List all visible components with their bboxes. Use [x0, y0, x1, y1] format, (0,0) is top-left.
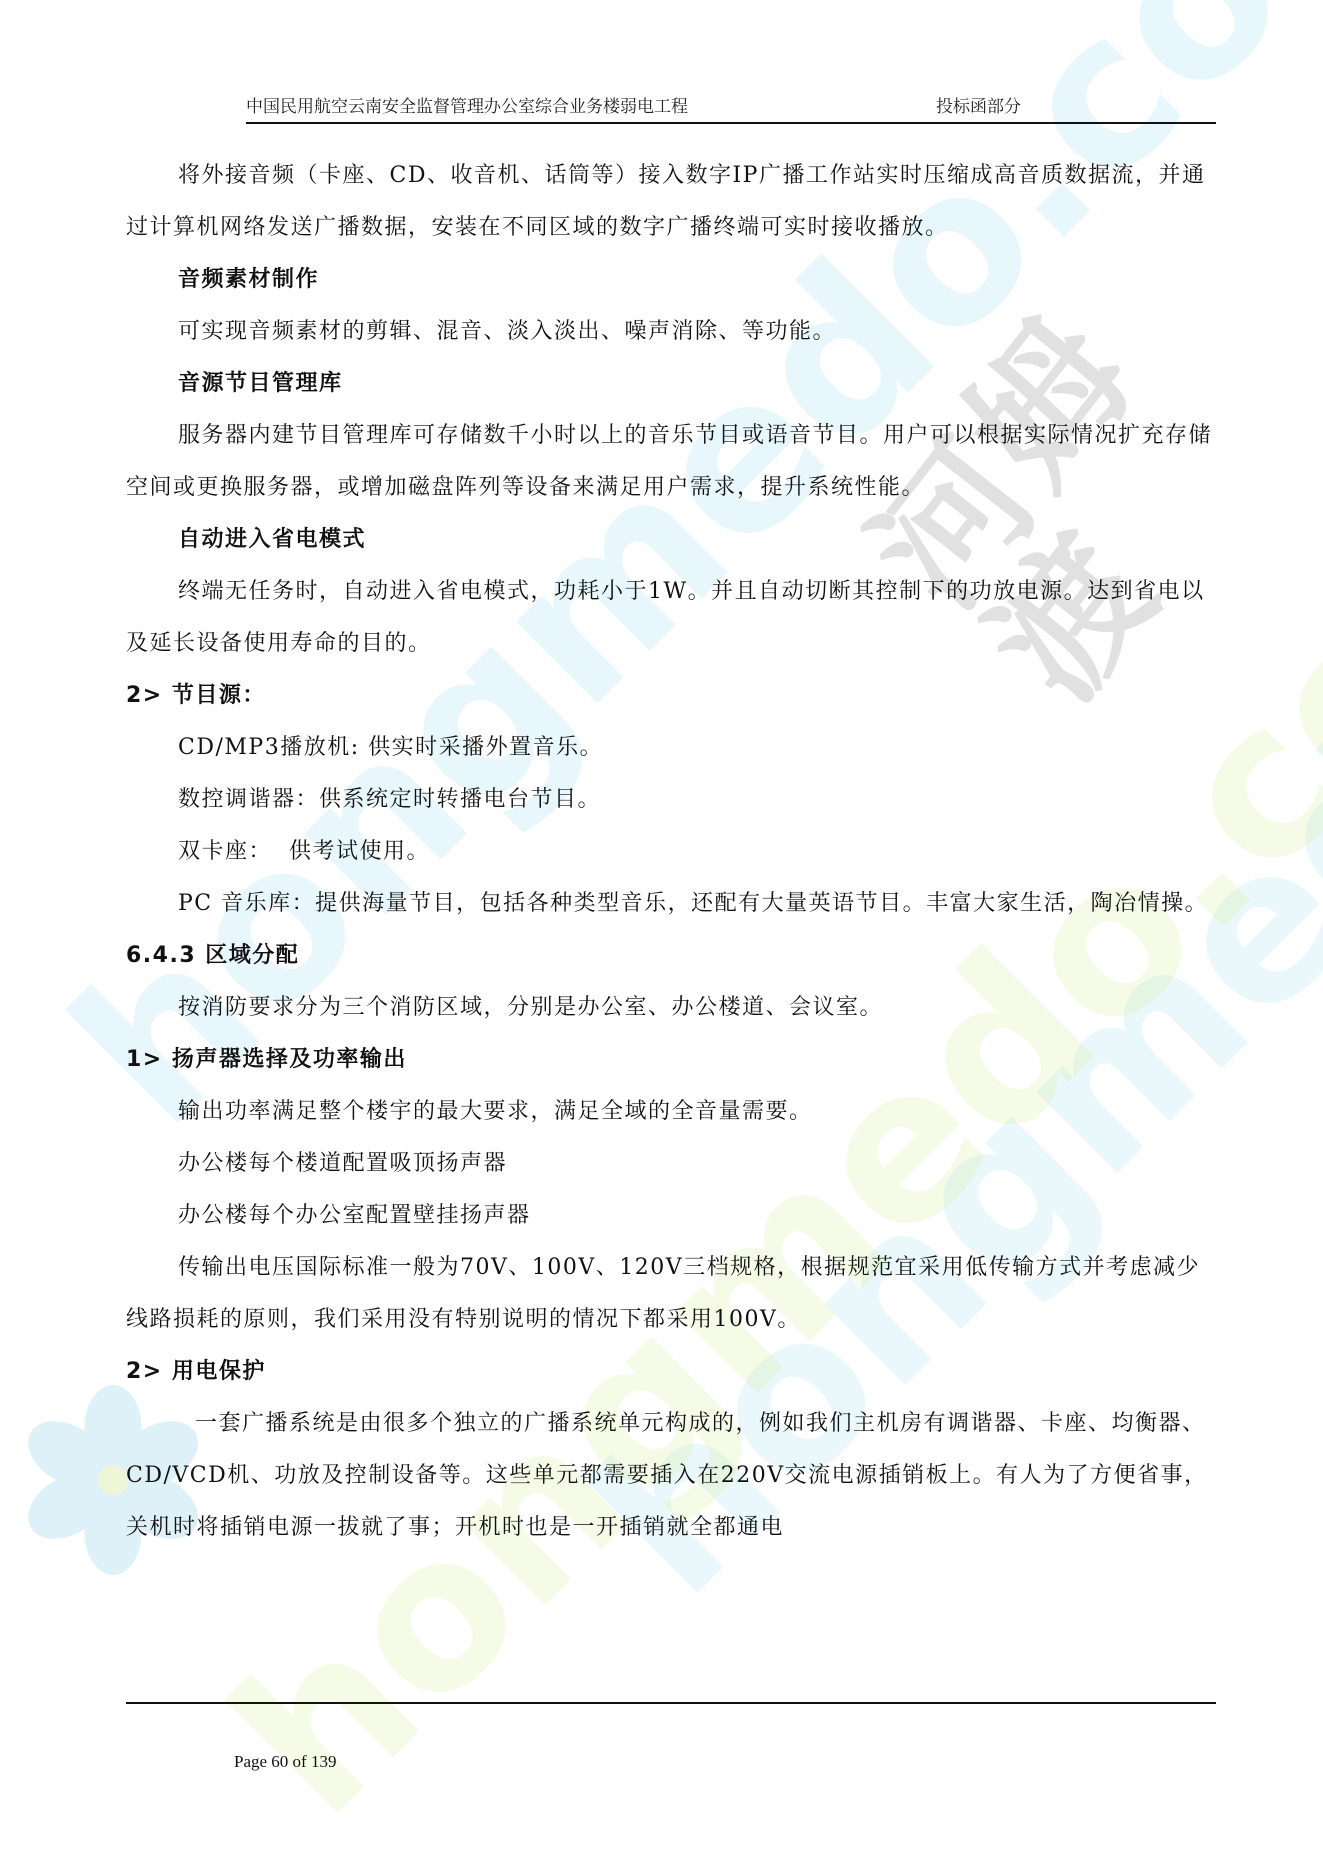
paragraph: 办公楼每个办公室配置壁挂扬声器 [126, 1190, 1216, 1242]
paragraph: 一套广播系统是由很多个独立的广播系统单元构成的，例如我们主机房有调谐器、卡座、均… [126, 1398, 1216, 1554]
section-label: 投标函部分 [936, 92, 1021, 117]
heading-power-protection: 2> 用电保护 [126, 1346, 1216, 1398]
list-item: PC 音乐库：提供海量节目，包括各种类型音乐，还配有大量英语节目。丰富大家生活，… [126, 878, 1216, 930]
paragraph: 传输出电压国际标准一般为70V、100V、120V三档规格，根据规范宜采用低传输… [126, 1242, 1216, 1346]
list-item: CD/MP3播放机: 供实时采播外置音乐。 [126, 722, 1216, 774]
subheading-power-saving: 自动进入省电模式 [126, 514, 1216, 566]
paragraph: 输出功率满足整个楼宇的最大要求，满足全域的全音量需要。 [126, 1086, 1216, 1138]
page-header: 中国民用航空云南安全监督管理办公室综合业务楼弱电工程 投标函部分 [246, 92, 1216, 122]
section-heading-zone-allocation: 6.4.3 区域分配 [126, 930, 1216, 982]
paragraph: 将外接音频（卡座、CD、收音机、话筒等）接入数字IP广播工作站实时压缩成高音质数… [126, 150, 1216, 254]
paragraph: 按消防要求分为三个消防区域，分别是办公室、办公楼道、会议室。 [126, 982, 1216, 1034]
document-body: 将外接音频（卡座、CD、收音机、话筒等）接入数字IP广播工作站实时压缩成高音质数… [126, 150, 1216, 1554]
paragraph: 可实现音频素材的剪辑、混音、淡入淡出、噪声消除、等功能。 [126, 306, 1216, 358]
document-title: 中国民用航空云南安全监督管理办公室综合业务楼弱电工程 [246, 92, 688, 117]
heading-program-sources: 2> 节目源： [126, 670, 1216, 722]
list-item: 双卡座： 供考试使用。 [126, 826, 1216, 878]
paragraph: 办公楼每个楼道配置吸顶扬声器 [126, 1138, 1216, 1190]
list-item: 数控调谐器：供系统定时转播电台节目。 [126, 774, 1216, 826]
page-number: Page 60 of 139 [234, 1752, 336, 1772]
paragraph: 终端无任务时，自动进入省电模式，功耗小于1W。并且自动切断其控制下的功放电源。达… [126, 566, 1216, 670]
footer-divider [126, 1702, 1216, 1704]
heading-speaker-selection: 1> 扬声器选择及功率输出 [126, 1034, 1216, 1086]
subheading-audio-editing: 音频素材制作 [126, 254, 1216, 306]
header-divider [246, 122, 1216, 124]
subheading-program-library: 音源节目管理库 [126, 358, 1216, 410]
paragraph: 服务器内建节目管理库可存储数千小时以上的音乐节目或语音节目。用户可以根据实际情况… [126, 410, 1216, 514]
